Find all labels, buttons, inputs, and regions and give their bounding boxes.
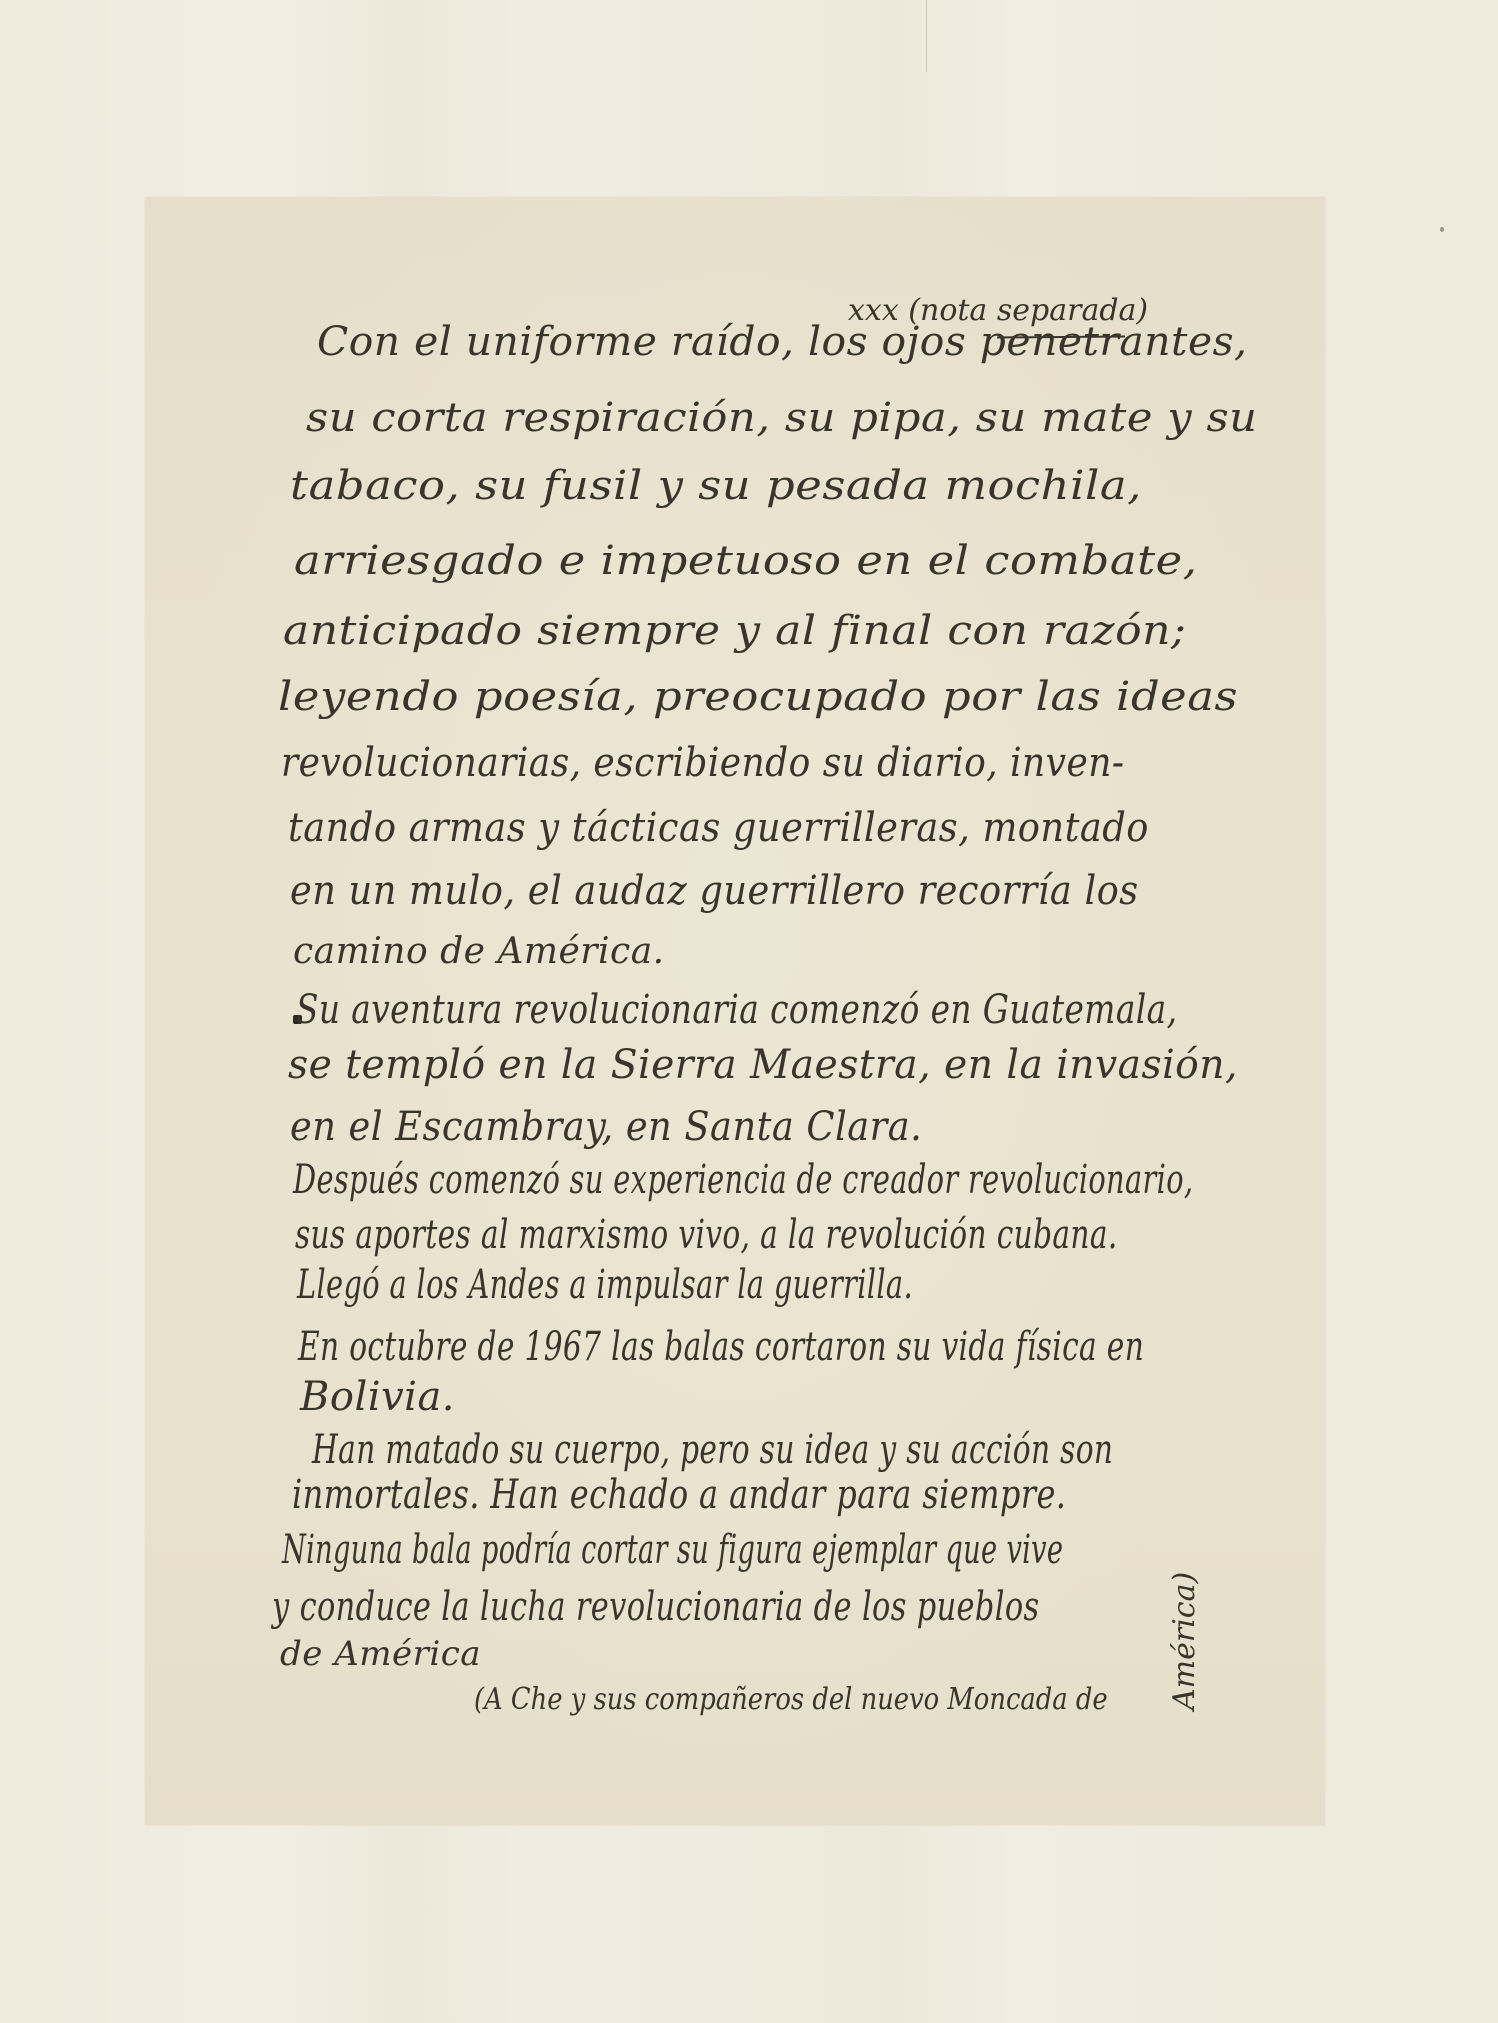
manuscript-line-5: anticipado siempre y al final con razón; [283, 611, 1186, 651]
manuscript-line-20: inmortales. Han echado a andar para siem… [292, 1475, 1066, 1515]
manuscript-line-4: arriesgado e impetuoso en el combate, [294, 541, 1198, 581]
manuscript-line-19: Han matado su cuerpo, pero su idea y su … [312, 1430, 1113, 1470]
manuscript-line-14: Después comenzó su experiencia de creado… [293, 1160, 1193, 1200]
manuscript-line-1: Con el uniforme raído, los ojos penetran… [317, 322, 1248, 362]
manuscript-line-7: revolucionarias, escribiendo su diario, … [281, 743, 1124, 783]
manuscript-line-9: en un mulo, el audaz guerrillero recorrí… [290, 871, 1139, 911]
mount-speck [1440, 227, 1444, 232]
manuscript-line-18: Bolivia. [300, 1377, 455, 1417]
manuscript-line-23: de América [280, 1637, 481, 1671]
manuscript-line-8: tando armas y tácticas guerrilleras, mon… [288, 808, 1149, 848]
manuscript-line-11: Su aventura revolucionaria comenzó en Gu… [296, 990, 1177, 1030]
manuscript-line-16: Llegó a los Andes a impulsar la guerrill… [297, 1265, 913, 1305]
dedication-margin-vertical: América) [1170, 1572, 1200, 1710]
manuscript-line-10: camino de América. [293, 934, 665, 970]
manuscript-line-2: su corta respiración, su pipa, su mate y… [306, 398, 1258, 438]
manuscript-line-17: En octubre de 1967 las balas cortaron su… [298, 1327, 1144, 1367]
manuscript-line-22: y conduce la lucha revolucionaria de los… [272, 1587, 1040, 1627]
manuscript-line-12: se templó en la Sierra Maestra, en la in… [288, 1045, 1238, 1085]
mount-crease-line [926, 0, 927, 72]
manuscript-line-3: tabaco, su fusil y su pesada mochila, [290, 466, 1142, 506]
manuscript-line-21: Ninguna bala podría cortar su figura eje… [282, 1530, 1063, 1570]
manuscript-line-6: leyendo poesía, preocupado por las ideas [278, 677, 1238, 717]
manuscript-line-15: sus aportes al marxismo vivo, a la revol… [295, 1215, 1118, 1255]
manuscript-line-13: en el Escambray, en Santa Clara. [290, 1107, 922, 1147]
dedication-line: (A Che y sus compañeros del nuevo Moncad… [474, 1685, 1108, 1715]
